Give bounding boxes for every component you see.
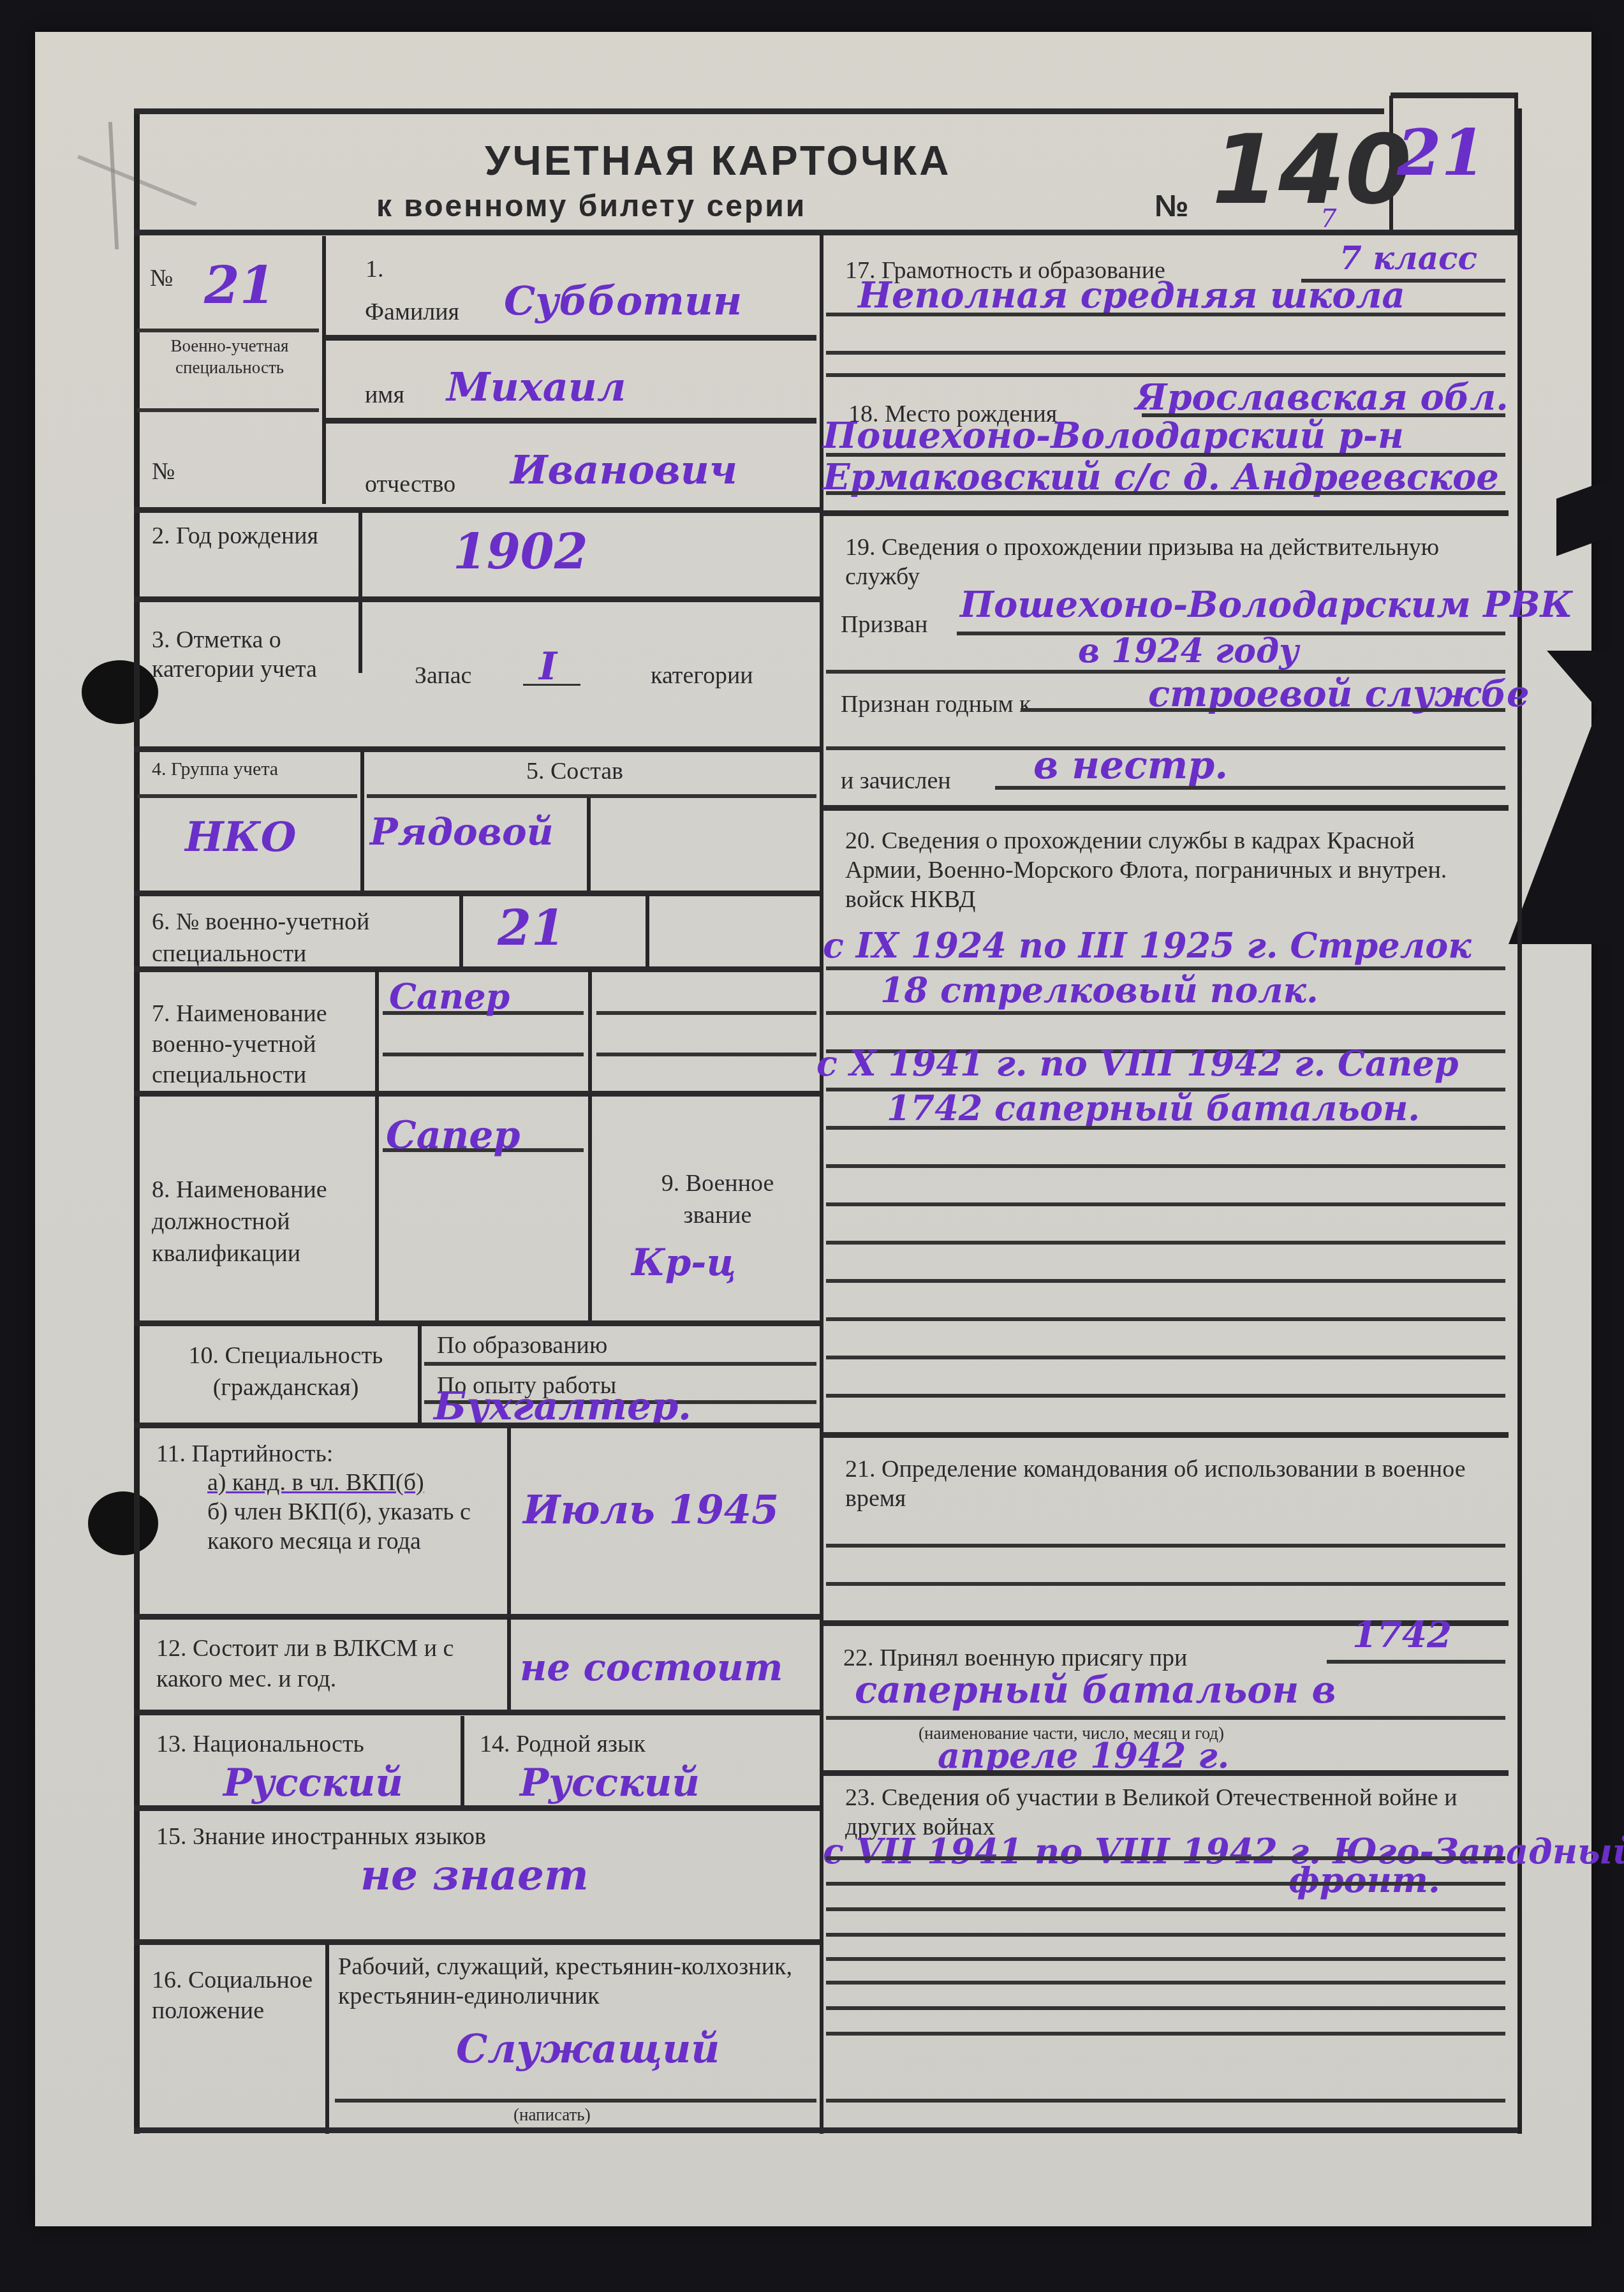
- field19-label: 19. Сведения о прохождении призыва на де…: [845, 533, 1483, 591]
- service-line-4: с X 1941 г. по VIII 1942 г. Сапер: [816, 1043, 1458, 1084]
- education-grade-value: 7 класс: [1340, 239, 1477, 277]
- field16-label: 16. Социальное положение: [152, 1965, 318, 2026]
- divider: [826, 351, 1505, 355]
- divider: [826, 1241, 1505, 1245]
- category-value: I: [539, 644, 557, 689]
- name-value: Михаил: [447, 364, 626, 410]
- service-line-1: с IX 1924 по III 1925 г. Стрелок: [823, 925, 1472, 966]
- field12-label: 12. Состоит ли в ВЛКСМ и с какого мес. и…: [156, 1633, 513, 1694]
- patronymic-label: отчество: [365, 469, 455, 499]
- divider: [826, 1882, 1505, 1886]
- divider: [134, 230, 1518, 235]
- divider: [137, 794, 357, 798]
- divider: [367, 794, 816, 798]
- divider: [826, 2032, 1505, 2036]
- divider: [826, 491, 1505, 495]
- divider: [424, 1362, 816, 1366]
- divider: [995, 786, 1505, 790]
- divider: [134, 596, 820, 602]
- social-options: Рабочий, служащий, крестьянин-колхозник,…: [338, 1952, 810, 2011]
- languages-value: не знает: [360, 1850, 589, 1900]
- divider: [358, 510, 362, 673]
- nationality-value: Русский: [223, 1761, 403, 1805]
- divider: [826, 2099, 1505, 2103]
- divider: [1327, 1660, 1505, 1664]
- birthplace-line2: Пошехоно-Володарский р-н: [823, 415, 1404, 457]
- field2-label: 2. Год рождения: [152, 520, 343, 552]
- divider: [596, 1053, 816, 1056]
- native-language-value: Русский: [520, 1761, 700, 1805]
- no-label: №: [150, 263, 173, 293]
- party-value: Июль 1945: [523, 1486, 779, 1533]
- divider: [646, 893, 649, 968]
- field7-label: 7. Наименование военно-учетной специальн…: [152, 998, 369, 1090]
- divider: [134, 507, 820, 513]
- war-line-2: фронт.: [1288, 1859, 1440, 1900]
- card-no-value: 21: [204, 255, 275, 315]
- rank-value: Кр-ц: [631, 1241, 736, 1284]
- divider: [360, 751, 364, 891]
- divider: [137, 329, 319, 332]
- vus-name-value: Сапер: [389, 976, 510, 1017]
- fit-label: Признан годным к: [841, 689, 1031, 720]
- vus-label: Военно-учетная специальность: [147, 335, 313, 378]
- group-value: НКО: [185, 813, 296, 861]
- field21-label: 21. Определение командования об использо…: [845, 1454, 1496, 1513]
- divider: [826, 1544, 1505, 1548]
- divider: [322, 236, 326, 504]
- divider: [507, 1617, 511, 1710]
- divider: [826, 2006, 1505, 2010]
- called-year-value: в 1924 году: [1078, 632, 1299, 670]
- birthplace-line1: Ярославская обл.: [1135, 376, 1509, 418]
- field3-label: 3. Отметка о категории учета: [152, 625, 343, 684]
- birth-year-value: 1902: [453, 523, 588, 580]
- divider: [826, 1907, 1505, 1911]
- card-title: УЧЕТНАЯ КАРТОЧКА: [485, 137, 951, 184]
- name-label: имя: [365, 380, 404, 410]
- field4-label: 4. Группа учета: [152, 757, 278, 781]
- surname-label: Фамилия: [365, 297, 459, 327]
- divider: [134, 746, 820, 752]
- divider: [134, 1091, 820, 1097]
- divider: [418, 1324, 422, 1423]
- divider: [134, 966, 820, 972]
- divider: [134, 1939, 820, 1945]
- surname-value: Субботин: [504, 277, 742, 324]
- called-value: Пошехоно-Володарским РВК: [960, 584, 1573, 626]
- member-label: б) член ВКП(б), указать с какого месяца …: [207, 1497, 507, 1556]
- divider: [325, 335, 816, 341]
- by-education-label: По образованию: [437, 1330, 607, 1361]
- divider: [826, 313, 1505, 316]
- field20-label: 20. Сведения о прохождении службы в кадр…: [845, 826, 1496, 914]
- position-value: Сапер: [386, 1113, 520, 1158]
- divider: [826, 1126, 1505, 1130]
- enrolled-value: в нестр.: [1033, 743, 1228, 788]
- divider: [596, 1011, 816, 1015]
- divider: [1391, 92, 1518, 98]
- divider: [587, 797, 591, 891]
- oath-unit-number: 1742: [1352, 1614, 1452, 1656]
- enrolled-label: и зачислен: [841, 765, 951, 796]
- divider: [134, 2127, 1518, 2133]
- field9-label: 9. Военное звание: [628, 1167, 807, 1231]
- divider: [826, 1582, 1505, 1586]
- composition-value: Рядовой: [370, 810, 554, 854]
- patronymic-value: Иванович: [510, 447, 737, 493]
- field8-label: 8. Наименование должностной квалификации: [152, 1174, 369, 1269]
- number-label: №: [1155, 189, 1191, 224]
- divider: [588, 970, 592, 1091]
- divider: [826, 1394, 1505, 1398]
- divider: [459, 893, 463, 968]
- divider: [826, 1011, 1505, 1015]
- divider: [383, 1053, 584, 1056]
- field13-label: 13. Национальность: [156, 1729, 364, 1759]
- field15-label: 15. Знание иностранных языков: [156, 1821, 486, 1852]
- divider: [826, 1356, 1505, 1359]
- candidate-label: а) канд. в чл. ВКП(б): [207, 1467, 424, 1498]
- divider: [823, 1770, 1509, 1776]
- ticket-number: 140: [1212, 115, 1412, 226]
- write-hint: (написать): [513, 2104, 591, 2126]
- divider: [826, 1957, 1505, 1961]
- box-number: 21: [1397, 115, 1486, 190]
- divider: [507, 1426, 511, 1617]
- divider: [134, 1710, 820, 1715]
- oath-unit-value: саперный батальон в: [855, 1668, 1336, 1712]
- divider: [335, 2099, 816, 2103]
- divider: [375, 1094, 379, 1320]
- divider: [137, 408, 319, 412]
- education-value: Неполная средняя школа: [858, 274, 1405, 316]
- divider: [134, 891, 820, 896]
- komsomol-value: не состоит: [520, 1646, 783, 1689]
- field14-label: 14. Родной язык: [480, 1729, 646, 1759]
- divider: [823, 510, 1509, 516]
- no2-label: №: [152, 456, 175, 487]
- field11-label: 11. Партийность:: [156, 1438, 333, 1469]
- card-subtitle: к военному билету серии: [376, 189, 806, 224]
- divider: [823, 805, 1509, 811]
- reserve-label: Запас: [415, 660, 471, 691]
- divider: [134, 1805, 820, 1811]
- divider: [325, 1942, 329, 2134]
- field6-label: 6. № военно-учетной специальности: [152, 906, 464, 970]
- field5-label: 5. Состав: [526, 756, 623, 787]
- divider: [826, 1933, 1505, 1937]
- divider: [826, 1716, 1505, 1720]
- divider: [134, 1320, 820, 1326]
- field1-num: 1.: [365, 254, 384, 285]
- social-status-value: Служащий: [456, 2025, 720, 2072]
- divider: [1514, 92, 1518, 230]
- divider: [823, 1432, 1509, 1438]
- service-line-5: 1742 саперный батальон.: [887, 1088, 1420, 1128]
- divider: [1021, 708, 1505, 712]
- divider: [134, 108, 1384, 114]
- divider: [325, 418, 816, 424]
- divider: [826, 1279, 1505, 1283]
- vus-number-value: 21: [498, 899, 565, 956]
- divider: [588, 1094, 592, 1320]
- divider: [375, 970, 379, 1091]
- divider: [134, 1423, 820, 1428]
- category-label: категории: [651, 660, 753, 691]
- divider: [826, 1981, 1505, 1985]
- divider: [826, 1164, 1505, 1168]
- service-line-2: 18 стрелковый полк.: [880, 970, 1318, 1010]
- divider: [134, 1614, 820, 1620]
- divider: [826, 1317, 1505, 1321]
- war-line-1: с VII 1941 по VIII 1942 г. Юго-Западный: [823, 1831, 1624, 1872]
- divider: [461, 1716, 464, 1805]
- field10-label: 10. Специальность (гражданская): [152, 1340, 420, 1403]
- called-label: Призван: [841, 609, 927, 640]
- divider: [826, 1202, 1505, 1206]
